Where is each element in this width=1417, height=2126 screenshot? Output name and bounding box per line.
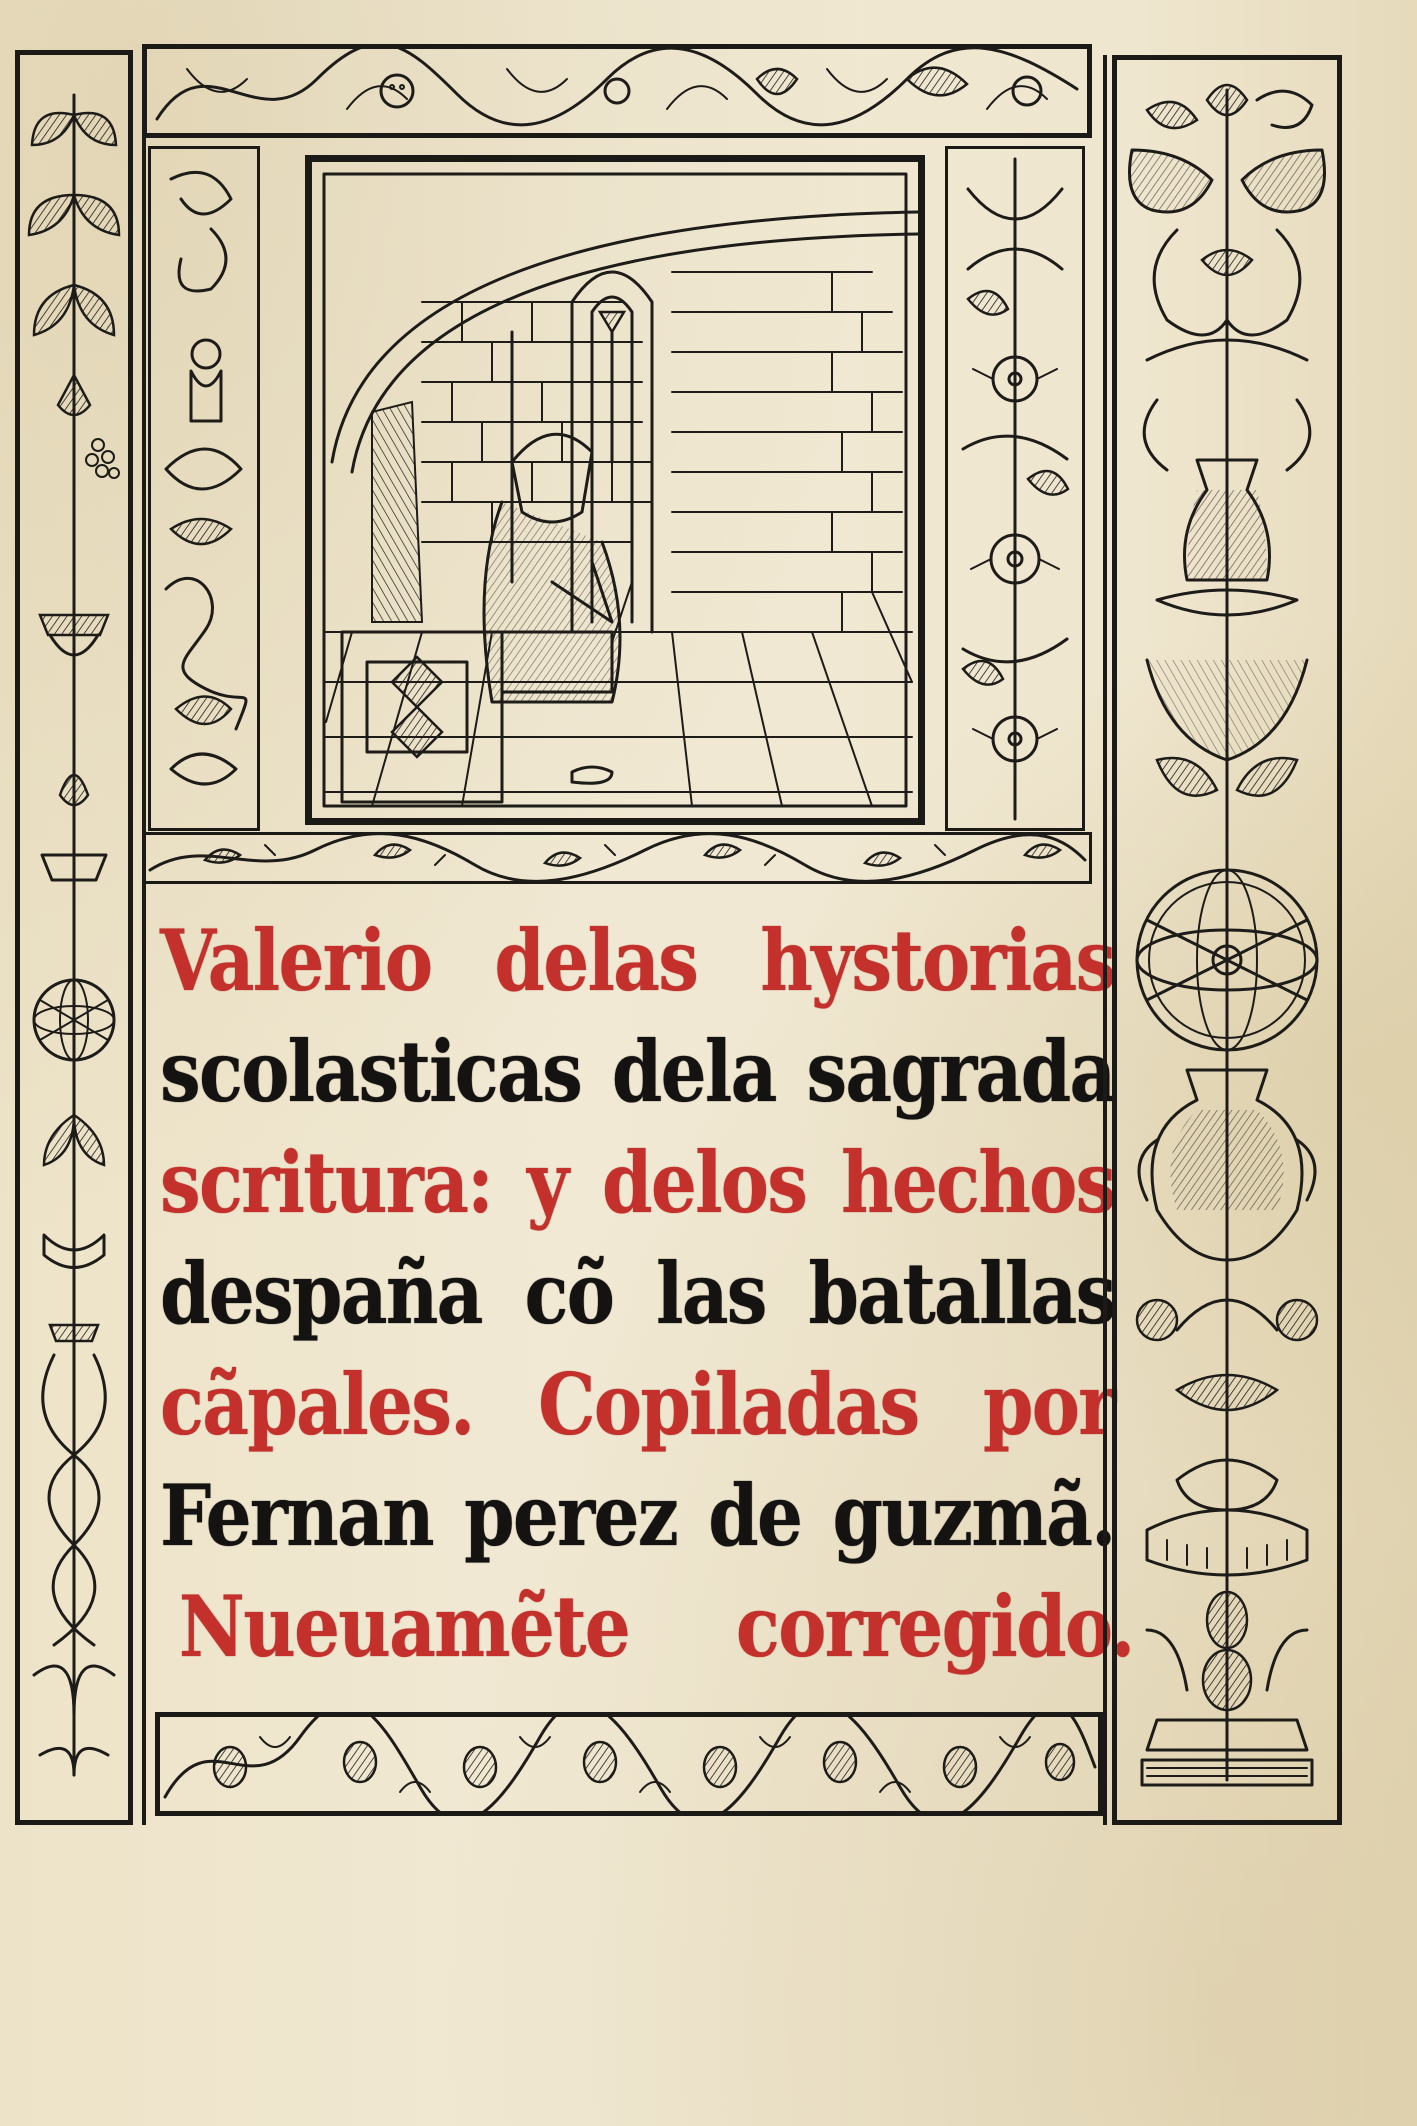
right-border-rule [1103,55,1107,1825]
leafy-vine-ornament-icon [145,835,1089,881]
title-line-4: despaña cõ las batallas [160,1238,1115,1349]
middle-vine-band [142,832,1092,884]
vase-stem-ornament-icon [20,55,128,1820]
birds-urn-sphere-ornament-icon [1117,60,1337,1820]
title-line-6: Fernan perez de guzmã. [160,1460,1115,1571]
pomegranate-scroll-ornament-icon [160,1717,1098,1811]
title-line-2: scolasticas dela sagrada [160,1016,1115,1127]
bottom-frieze [155,1712,1103,1816]
top-frieze [142,44,1092,138]
title-block: Valerio delas hystorias scolasticas dela… [160,905,1110,1682]
left-border-rule [142,50,146,1825]
floral-rosette-ornament-icon [948,149,1082,828]
putto-foliage-ornament-icon [151,149,257,828]
right-border-column [1112,55,1342,1825]
left-inner-panel [148,146,260,831]
left-border-column [15,50,133,1825]
title-line-7: Nueuamẽte corregido. [160,1571,1134,1682]
scholar-writing-woodcut-icon [312,162,918,818]
title-line-1: Valerio delas hystorias [160,905,1115,1016]
right-inner-panel [945,146,1085,831]
title-line-3: scritura: y delos hechos [160,1127,1115,1238]
foliate-scroll-ornament-icon [147,49,1087,133]
title-line-5: cãpales. Copiladas por [160,1349,1115,1460]
woodcut-illustration [305,155,925,825]
